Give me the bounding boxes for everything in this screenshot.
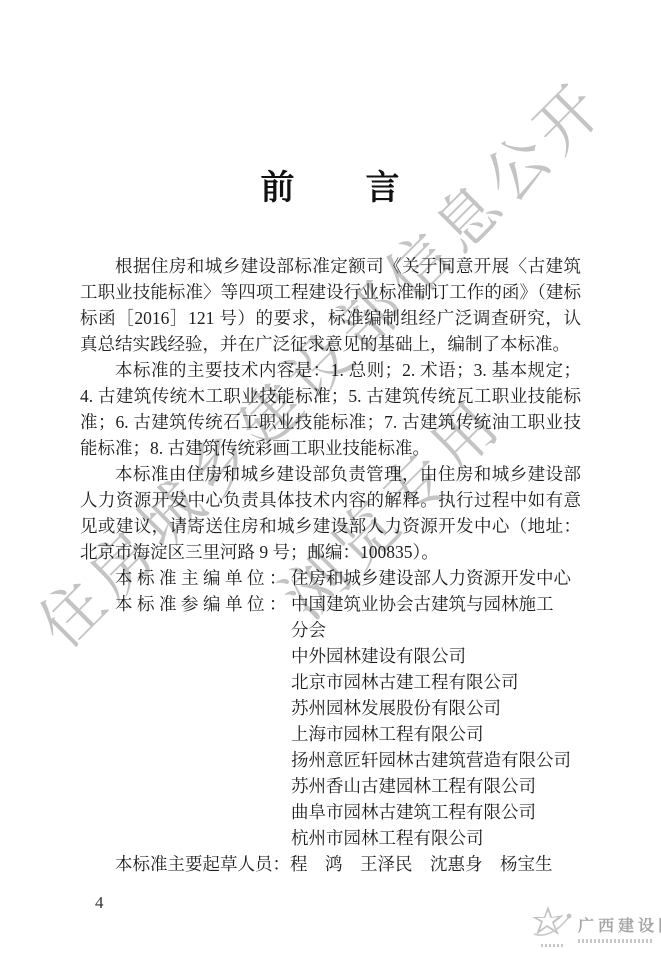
logo-name: 广西建设网 bbox=[578, 913, 661, 936]
logo-star-block bbox=[531, 905, 573, 947]
drafters-names: 程 鸿 王泽民 沈惠身 杨宝生 bbox=[290, 851, 581, 877]
site-logo: 广西建设网 bbox=[531, 905, 661, 947]
participants-row: 本标准参编单位： 中国建筑业协会古建筑与园林施工 分会 中外园林建设有限公司 北… bbox=[115, 591, 581, 851]
paragraph-management: 本标准由住房和城乡建设部负责管理，由住房和城乡建设部人力资源开发中心负责具体技术… bbox=[80, 461, 581, 565]
participant-unit: 中国建筑业协会古建筑与园林施工 bbox=[291, 591, 581, 617]
logo-text-block: 广西建设网 bbox=[578, 905, 661, 943]
participant-unit: 中外园林建设有限公司 bbox=[291, 643, 581, 669]
participant-unit: 苏州香山古建园林工程有限公司 bbox=[291, 773, 581, 799]
paragraph-basis: 根据住房和城乡建设部标准定额司《关于同意开展〈古建筑工职业技能标准〉等四项工程建… bbox=[80, 253, 581, 357]
participant-unit: 曲阜市园林古建筑工程有限公司 bbox=[291, 799, 581, 825]
logo-star-caption-smudge bbox=[541, 944, 563, 947]
paragraph-technical-contents: 本标准的主要技术内容是：1. 总则；2. 术语；3. 基本规定；4. 古建筑传统… bbox=[80, 357, 581, 461]
drafters-label: 本标准主要起草人员： bbox=[115, 851, 290, 877]
chief-editor-row: 本标准主编单位： 住房和城乡建设部人力资源开发中心 bbox=[115, 565, 581, 591]
participant-unit: 扬州意匠轩园林古建筑营造有限公司 bbox=[291, 747, 581, 773]
participant-unit: 分会 bbox=[291, 617, 581, 643]
participants-list: 中国建筑业协会古建筑与园林施工 分会 中外园林建设有限公司 北京市园林古建工程有… bbox=[291, 591, 581, 851]
star-icon bbox=[531, 905, 573, 943]
participant-unit: 苏州园林发展股份有限公司 bbox=[291, 695, 581, 721]
participant-unit: 杭州市园林工程有限公司 bbox=[291, 825, 581, 851]
document-content: 前 言 根据住房和城乡建设部标准定额司《关于同意开展〈古建筑工职业技能标准〉等四… bbox=[80, 160, 581, 877]
document-page: 住房城乡建设部信息公开 浏览专用 前 言 根据住房和城乡建设部标准定额司《关于同… bbox=[0, 0, 661, 958]
page-title: 前 言 bbox=[80, 160, 581, 209]
drafters-row: 本标准主要起草人员： 程 鸿 王泽民 沈惠身 杨宝生 bbox=[115, 851, 581, 877]
participants-label: 本标准参编单位： bbox=[115, 591, 291, 851]
logo-tagline-smudge bbox=[578, 939, 652, 943]
participant-unit: 上海市园林工程有限公司 bbox=[291, 721, 581, 747]
chief-editor-label: 本标准主编单位： bbox=[115, 565, 291, 591]
chief-editor-value: 住房和城乡建设部人力资源开发中心 bbox=[291, 565, 581, 591]
participant-unit: 北京市园林古建工程有限公司 bbox=[291, 669, 581, 695]
page-number: 4 bbox=[95, 893, 104, 913]
